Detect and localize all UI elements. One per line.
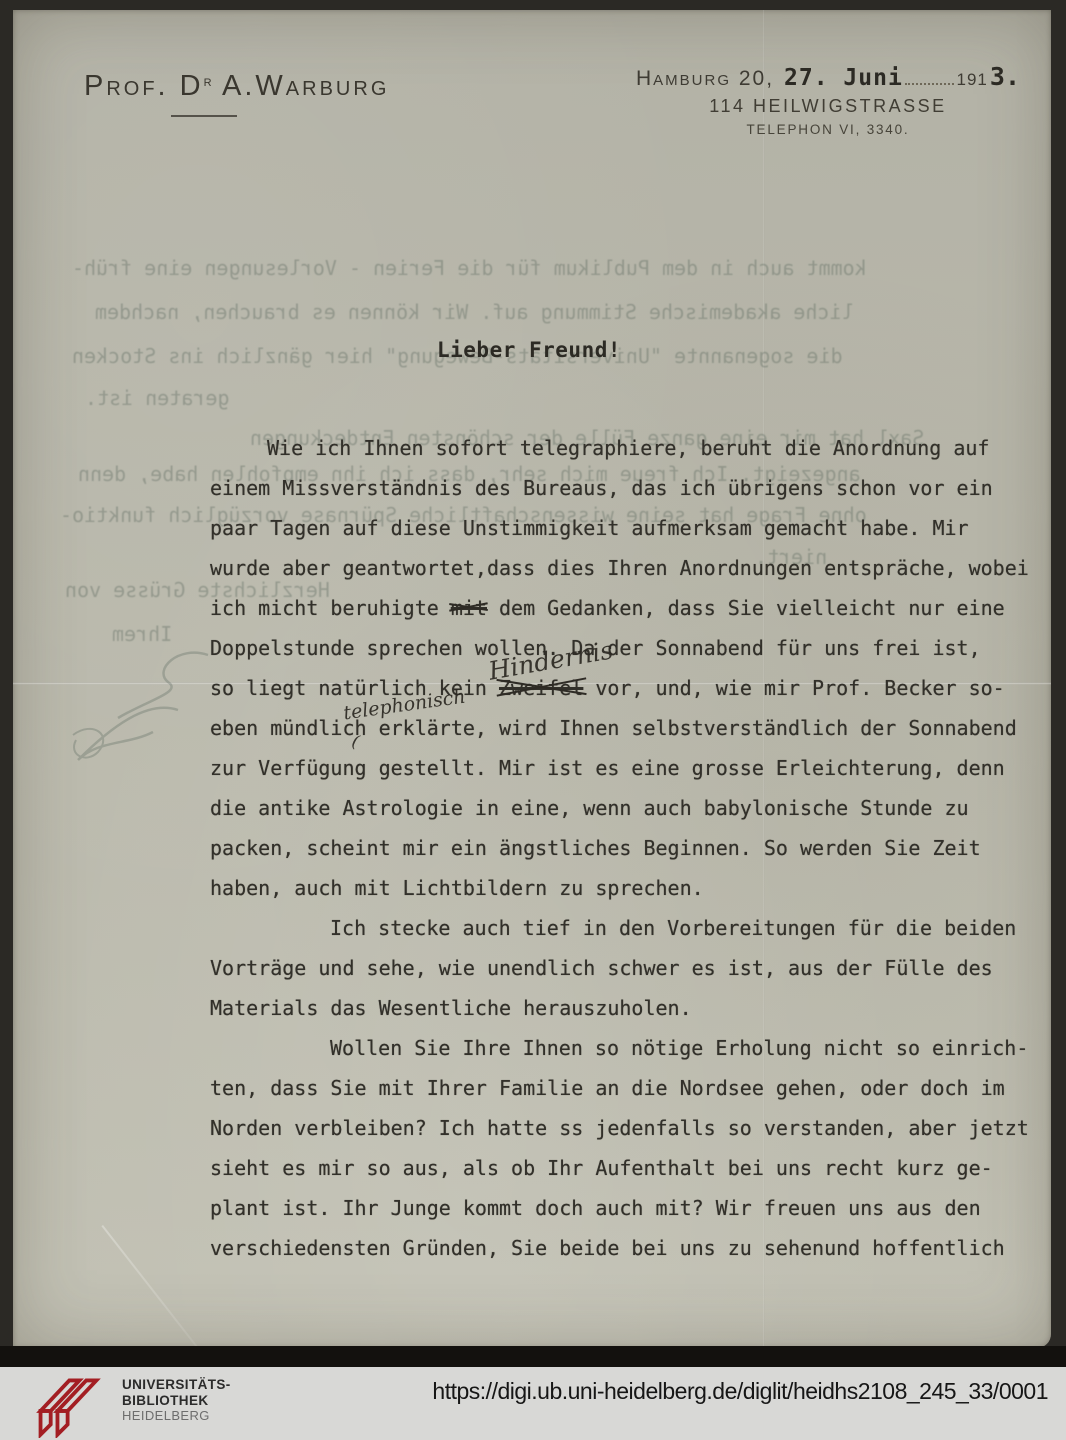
ghost-bleedthrough-line: geraten ist. [85, 386, 230, 410]
struck-out-word: mit [451, 588, 487, 628]
letter-line: zur Verfügung gestellt. Mir ist es eine … [210, 748, 1020, 788]
letter-line: verschiedensten Gründen, Sie beide bei u… [210, 1228, 1020, 1268]
letter-line: paar Tagen auf diese Unstimmigkeit aufme… [210, 508, 1020, 548]
letterhead-name-sup: r [204, 73, 213, 90]
letter-line: packen, scheint mir ein ängstliches Begi… [210, 828, 1020, 868]
printed-year: 191 [957, 70, 988, 90]
letter-line: Wollen Sie Ihre Ihnen so nötige Erholung… [210, 1028, 1020, 1068]
letterhead-right-block: Hamburg 20, 27. Juni 191 3. 114 HEILWIGS… [636, 62, 1020, 137]
letterhead-phone: TELEPHON VI, 3340. [636, 122, 1020, 137]
letter-line: ten, dass Sie mit Ihrer Familie an die N… [210, 1068, 1020, 1108]
letterhead-place: Hamburg 20, [636, 67, 774, 91]
letterhead-name: Prof. Dr A.Warburg [84, 70, 389, 103]
library-name-block: UNIVERSITÄTS- BIBLIOTHEK HEIDELBERG [122, 1377, 231, 1424]
letter-line: so liegt natürlich kein Zweifel vor, und… [210, 668, 1020, 708]
footer-dark-strip [0, 1346, 1066, 1367]
ghost-bleedthrough-line: kommt auch in dem Publikum für die Ferie… [72, 256, 867, 280]
dotted-leader [905, 83, 954, 85]
university-library-logo-icon [28, 1372, 114, 1438]
digitization-url: https://digi.ub.uni-heidelberg.de/diglit… [432, 1378, 1048, 1405]
typed-date: 27. Juni [784, 65, 903, 91]
footer-bar: UNIVERSITÄTS- BIBLIOTHEK HEIDELBERG http… [0, 1367, 1066, 1440]
letter-body: Wie ich Ihnen sofort telegraphiere, beru… [210, 428, 1020, 1268]
scan-viewer-page: kommt auch in dem Publikum für die Ferie… [0, 0, 1066, 1440]
corner-crease [101, 1225, 207, 1360]
letterhead-rule [171, 115, 237, 117]
salutation: Lieber Freund! [437, 338, 621, 362]
date-line: Hamburg 20, 27. Juni 191 3. [636, 62, 1020, 91]
letter-line: plant ist. Ihr Junge kommt doch auch mit… [210, 1188, 1020, 1228]
library-name-line2: BIBLIOTHEK [122, 1393, 231, 1409]
letter-line: Ich stecke auch tief in den Vorbereitung… [210, 908, 1020, 948]
letter-line: Materials das Wesentliche herauszuholen. [210, 988, 1020, 1028]
letter-line: einem Missverständnis des Bureaus, das i… [210, 468, 1020, 508]
letter-line: ich micht beruhigte mit dem Gedanken, da… [210, 588, 1020, 628]
letter-line: wurde aber geantwortet,dass dies Ihren A… [210, 548, 1020, 588]
library-name-line3: HEIDELBERG [122, 1408, 231, 1424]
letterhead-name-rest: A.Warburg [213, 70, 390, 102]
library-name-line1: UNIVERSITÄTS- [122, 1377, 231, 1393]
letter-line: die antike Astrologie in eine, wenn auch… [210, 788, 1020, 828]
letter-line: Vorträge und sehe, wie unendlich schwer … [210, 948, 1020, 988]
letterhead-name-main: Prof. D [84, 70, 204, 102]
ghost-bleedthrough-line: liche akademische Stimmung auf. Wir könn… [95, 300, 854, 324]
letter-line: haben, auch mit Lichtbildern zu sprechen… [210, 868, 1020, 908]
letter-line: sieht es mir so aus, als ob Ihr Aufentha… [210, 1148, 1020, 1188]
typed-year-digit: 3. [990, 62, 1020, 91]
letter-line: eben mündlich erklärte, wird Ihnen selbs… [210, 708, 1020, 748]
letter-line: Wie ich Ihnen sofort telegraphiere, beru… [210, 428, 1020, 468]
letter-scan: kommt auch in dem Publikum für die Ferie… [13, 10, 1051, 1348]
letter-line: Norden verbleiben? Ich hatte ss jedenfal… [210, 1108, 1020, 1148]
letterhead-address: 114 HEILWIGSTRASSE [636, 96, 1020, 117]
